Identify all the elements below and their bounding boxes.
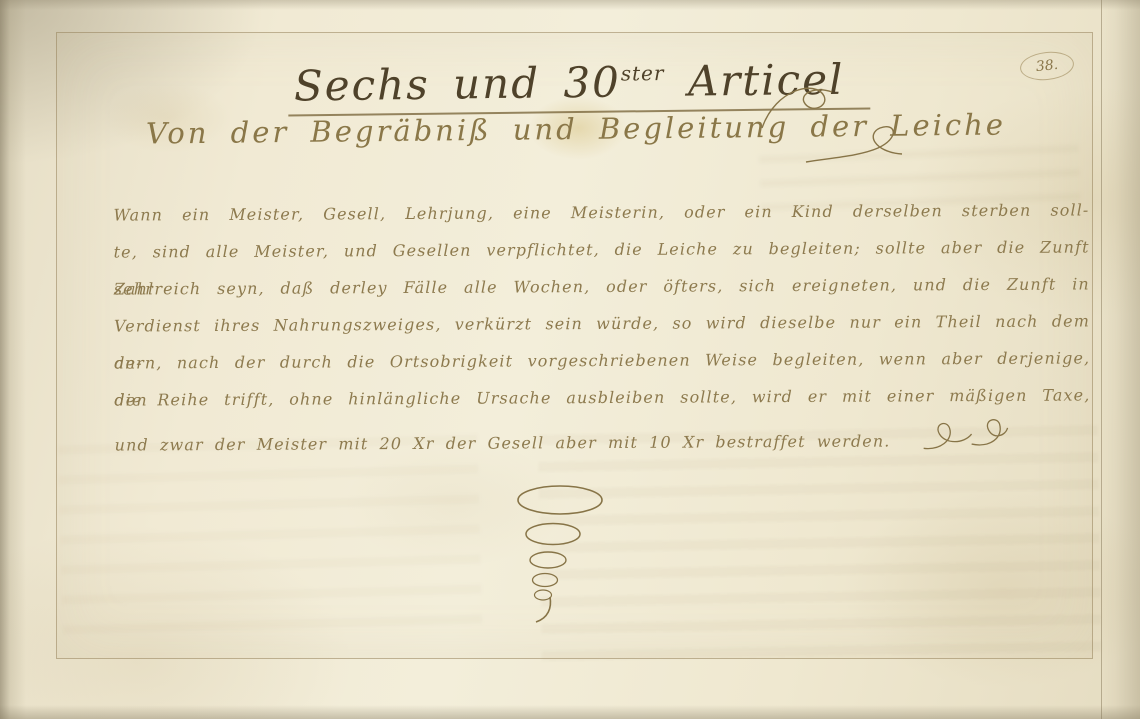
handwritten-line-text: und zwar der Meister mit 20 Xr der Gesel…: [115, 431, 891, 454]
page-number-value: 38.: [1035, 57, 1059, 75]
handwritten-line: die Reihe trifft, ohne hinlängliche Ursa…: [114, 376, 1090, 418]
page-edge-right: [1101, 0, 1140, 719]
handwritten-line: dern, nach der durch die Ortsobrigkeit v…: [114, 339, 1090, 381]
handwritten-line: und zwar der Meister mit 20 Xr der Gesel…: [114, 413, 1090, 455]
book-edge-left: [0, 0, 26, 719]
spiral-flourish: [486, 466, 636, 636]
article-title-text: Sechs und 30: [294, 57, 621, 110]
article-body: Wann ein Meister, Gesell, Lehrjung, eine…: [113, 191, 1090, 455]
page-edge-bottom: [0, 705, 1140, 719]
manuscript-photo: 38. Sechs und 30ster Articel Von der Beg…: [0, 0, 1140, 719]
subtitle-flourish: [800, 118, 920, 174]
handwritten-line: Verdienst ihres Nahrungszweiges, verkürz…: [114, 302, 1090, 344]
closing-flourish: [919, 414, 1009, 458]
article-title-superscript: ster: [621, 61, 665, 86]
handwritten-line: te, sind alle Meister, und Gesellen verp…: [114, 228, 1090, 270]
page-edge-top: [0, 0, 1140, 10]
handwritten-line: Wann ein Meister, Gesell, Lehrjung, eine…: [113, 191, 1089, 233]
handwritten-line: Zahlreich seyn, daß derley Fälle alle Wo…: [114, 265, 1090, 307]
